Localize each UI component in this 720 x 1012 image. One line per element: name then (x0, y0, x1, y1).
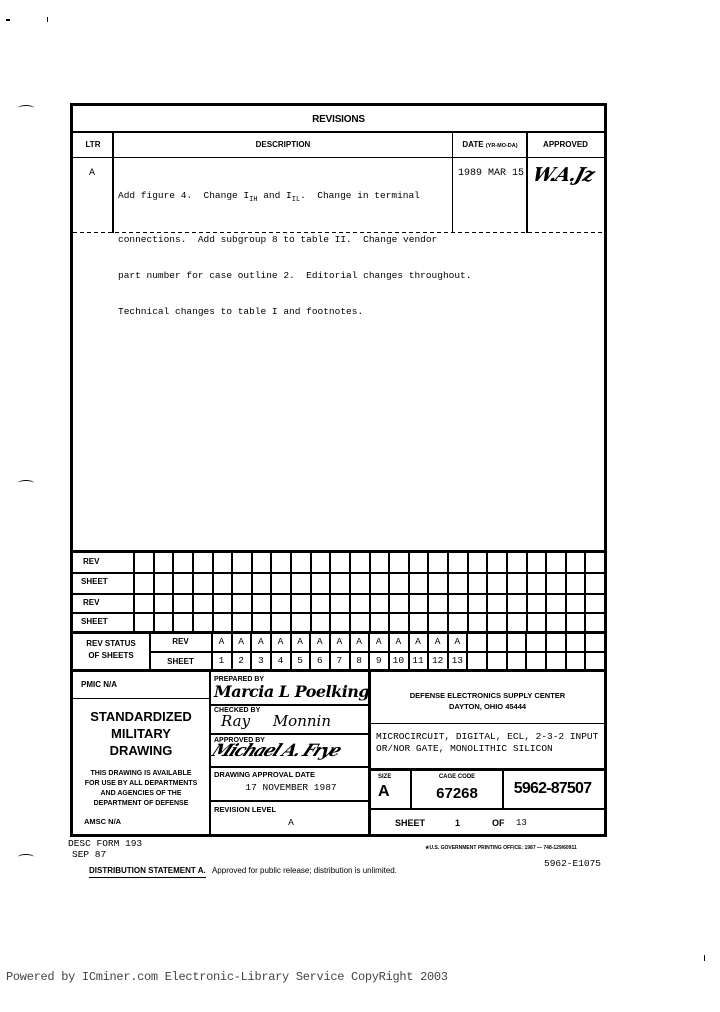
checked-by-signature: Ray Monnin (221, 712, 331, 730)
grid-line (369, 553, 371, 631)
status-rev-cell: A (291, 636, 310, 647)
status-rev-cell: A (251, 636, 270, 647)
approval-date: 17 NOVEMBER 1987 (211, 782, 371, 793)
smd-line-1: STANDARDIZED (73, 708, 209, 725)
size-label: SIZE (378, 774, 391, 780)
rev-status-line2: OF SHEETS (73, 650, 149, 662)
divider (73, 698, 209, 699)
desc-line-4: Technical changes to table I and footnot… (118, 306, 458, 318)
status-sheet-cell: 7 (330, 655, 349, 666)
issuing-center: DEFENSE ELECTRONICS SUPPLY CENTER DAYTON… (371, 690, 604, 712)
divider (211, 800, 371, 802)
grid-line (467, 553, 469, 631)
grid-line (584, 631, 586, 671)
status-sheet-cell: 8 (350, 655, 369, 666)
status-rev-cell: A (369, 636, 388, 647)
divider (526, 133, 528, 233)
grid-line (427, 553, 429, 631)
status-rev-cell: A (448, 636, 467, 647)
margin-tick (704, 955, 705, 961)
grid-line (486, 553, 488, 631)
status-rev-cell: A (271, 636, 290, 647)
grid-line (329, 553, 331, 631)
margin-tick (6, 19, 10, 21)
grid-line (290, 553, 292, 631)
distribution-statement: DISTRIBUTION STATEMENT A. Approved for p… (89, 866, 397, 875)
revisions-title: REVISIONS (73, 106, 604, 133)
status-rev-cell: A (428, 636, 447, 647)
grid-line (212, 553, 214, 631)
size-value: A (378, 783, 390, 801)
sheet-number: 1 (455, 818, 460, 828)
grid-line (172, 553, 174, 631)
divider (211, 733, 371, 735)
availability-line-2: FOR USE BY ALL DEPARTMENTS (73, 779, 209, 789)
form-line-1: DESC FORM 193 (68, 838, 142, 849)
desc-line-3: part number for case outline 2. Editoria… (118, 270, 458, 282)
grid-line (73, 669, 604, 672)
status-sheet-cell: 13 (448, 655, 467, 666)
grid-line (506, 631, 508, 671)
revision-ltr: A (89, 168, 95, 179)
revision-approved-signature: W.A.Jz (530, 164, 596, 186)
desc-sub-il: IL (292, 196, 300, 204)
status-rev-cell: A (350, 636, 369, 647)
center-line-2: DAYTON, OHIO 45444 (371, 701, 604, 712)
revision-level: A (211, 817, 371, 828)
grid-line (310, 553, 312, 631)
drawing-number: 5962-87507 (501, 780, 604, 798)
col-date: DATE (YR-MO-DA) (453, 133, 527, 157)
sheet-label: SHEET (395, 818, 425, 828)
availability-statement: THIS DRAWING IS AVAILABLE FOR USE BY ALL… (73, 769, 209, 809)
hole-punch-mark (18, 480, 34, 486)
approved-by-signature: Michael A. Frye (208, 741, 343, 761)
cage-code: 67268 (412, 785, 502, 802)
rev-status-line1: REV STATUS (73, 638, 149, 650)
desc-line-1a: Add figure 4. Change I (118, 190, 249, 201)
col-approved: APPROVED (527, 133, 604, 157)
grid-line (231, 553, 233, 631)
drawing-frame: REVISIONS LTR DESCRIPTION DATE (YR-MO-DA… (70, 103, 607, 837)
hole-punch-mark (18, 105, 34, 111)
smd-line-3: DRAWING (73, 742, 209, 759)
desc-line-1c: . Change in terminal (300, 190, 420, 201)
grid-rev-label-2: REV (83, 598, 99, 607)
gpo-imprint: ★U.S. GOVERNMENT PRINTING OFFICE: 1987 —… (425, 845, 577, 851)
availability-line-3: AND AGENCIES OF THE (73, 789, 209, 799)
status-sheet-cell: 9 (369, 655, 388, 666)
distribution-label: DISTRIBUTION STATEMENT A. (89, 866, 206, 878)
grid-line (545, 631, 547, 671)
grid-line (565, 553, 567, 631)
divider (112, 133, 114, 233)
of-label: OF (492, 818, 505, 828)
hole-punch-mark (18, 854, 34, 860)
grid-line (251, 553, 253, 631)
divider (371, 723, 604, 724)
drawing-title: MICROCIRCUIT, DIGITAL, ECL, 2-3-2 INPUT … (376, 731, 598, 755)
divider (73, 157, 604, 158)
status-sheet-cell: 10 (389, 655, 408, 666)
revision-description: Add figure 4. Change IIH and IIL. Change… (118, 166, 458, 342)
title-line-1: MICROCIRCUIT, DIGITAL, ECL, 2-3-2 INPUT (376, 731, 598, 743)
grid-line (349, 553, 351, 631)
desc-line-2: connections. Add subgroup 8 to table II.… (118, 234, 458, 246)
col-ltr: LTR (73, 133, 113, 157)
status-sheet-cell: 6 (310, 655, 329, 666)
center-line-1: DEFENSE ELECTRONICS SUPPLY CENTER (371, 690, 604, 701)
divider (371, 768, 604, 771)
form-line-2: SEP 87 (68, 849, 142, 860)
availability-line-4: DEPARTMENT OF DEFENSE (73, 799, 209, 809)
status-rev-cell: A (330, 636, 349, 647)
amsc-label: AMSC N/A (84, 817, 121, 826)
status-sheet-cell: 5 (291, 655, 310, 666)
grid-line (133, 553, 135, 631)
grid-sheet-label-2: SHEET (81, 617, 108, 626)
status-sheet-cell: 4 (271, 655, 290, 666)
grid-line (408, 553, 410, 631)
status-sheet-cell: 3 (251, 655, 270, 666)
status-rev-cell: A (232, 636, 251, 647)
standardized-military-drawing: STANDARDIZED MILITARY DRAWING (73, 708, 209, 759)
rev-status-label: REV STATUS OF SHEETS (73, 638, 149, 662)
approval-date-label: DRAWING APPROVAL DATE (214, 770, 315, 779)
status-rev-cell: A (409, 636, 428, 647)
col-description: DESCRIPTION (113, 133, 453, 157)
title-line-2: OR/NOR GATE, MONOLITHIC SILICON (376, 743, 598, 755)
pmic-label: PMIC N/A (81, 680, 117, 689)
status-sheet-cell: 12 (428, 655, 447, 666)
watermark: Powered by ICminer.com Electronic-Librar… (6, 970, 448, 984)
col-date-format: (YR-MO-DA) (486, 143, 518, 149)
doc-code: 5962-E1075 (544, 858, 601, 869)
status-rev-cell: A (212, 636, 231, 647)
grid-line (525, 631, 527, 671)
grid-line (526, 553, 528, 631)
status-sheet-cell: 11 (409, 655, 428, 666)
revision-level-label: REVISION LEVEL (214, 805, 276, 814)
form-number: DESC FORM 193 SEP 87 (68, 838, 142, 860)
status-rev-cell: A (389, 636, 408, 647)
status-rev-cell: A (310, 636, 329, 647)
prepared-by-signature: Marcia L Poelking (214, 682, 369, 701)
status-rev-label: REV (149, 637, 212, 646)
status-sheet-cell: 2 (232, 655, 251, 666)
distribution-text: Approved for public release; distributio… (212, 866, 397, 875)
grid-line (388, 553, 390, 631)
grid-line (506, 553, 508, 631)
status-sheet-label: SHEET (149, 657, 212, 666)
grid-line (565, 631, 567, 671)
status-sheet-cell: 1 (212, 655, 231, 666)
availability-line-1: THIS DRAWING IS AVAILABLE (73, 769, 209, 779)
margin-tick (47, 17, 48, 22)
cage-code-label: CAGE CODE (412, 774, 502, 780)
grid-line (192, 553, 194, 631)
divider (211, 704, 371, 706)
grid-rev-label-1: REV (83, 557, 99, 566)
desc-line-1b: and I (258, 190, 292, 201)
grid-sheet-label-1: SHEET (81, 577, 108, 586)
grid-line (270, 553, 272, 631)
grid-line (73, 631, 604, 634)
smd-line-2: MILITARY (73, 725, 209, 742)
revision-date: 1989 MAR 15 (458, 168, 524, 179)
divider (371, 808, 604, 810)
col-date-label: DATE (462, 140, 483, 149)
grid-line (447, 553, 449, 631)
grid-line (486, 631, 488, 671)
grid-line (149, 651, 604, 653)
divider (211, 766, 371, 768)
grid-line (153, 553, 155, 631)
grid-line (149, 631, 151, 671)
grid-line (545, 553, 547, 631)
grid-line (584, 553, 586, 631)
desc-sub-ih: IH (249, 196, 257, 204)
sheet-total: 13 (516, 818, 527, 828)
